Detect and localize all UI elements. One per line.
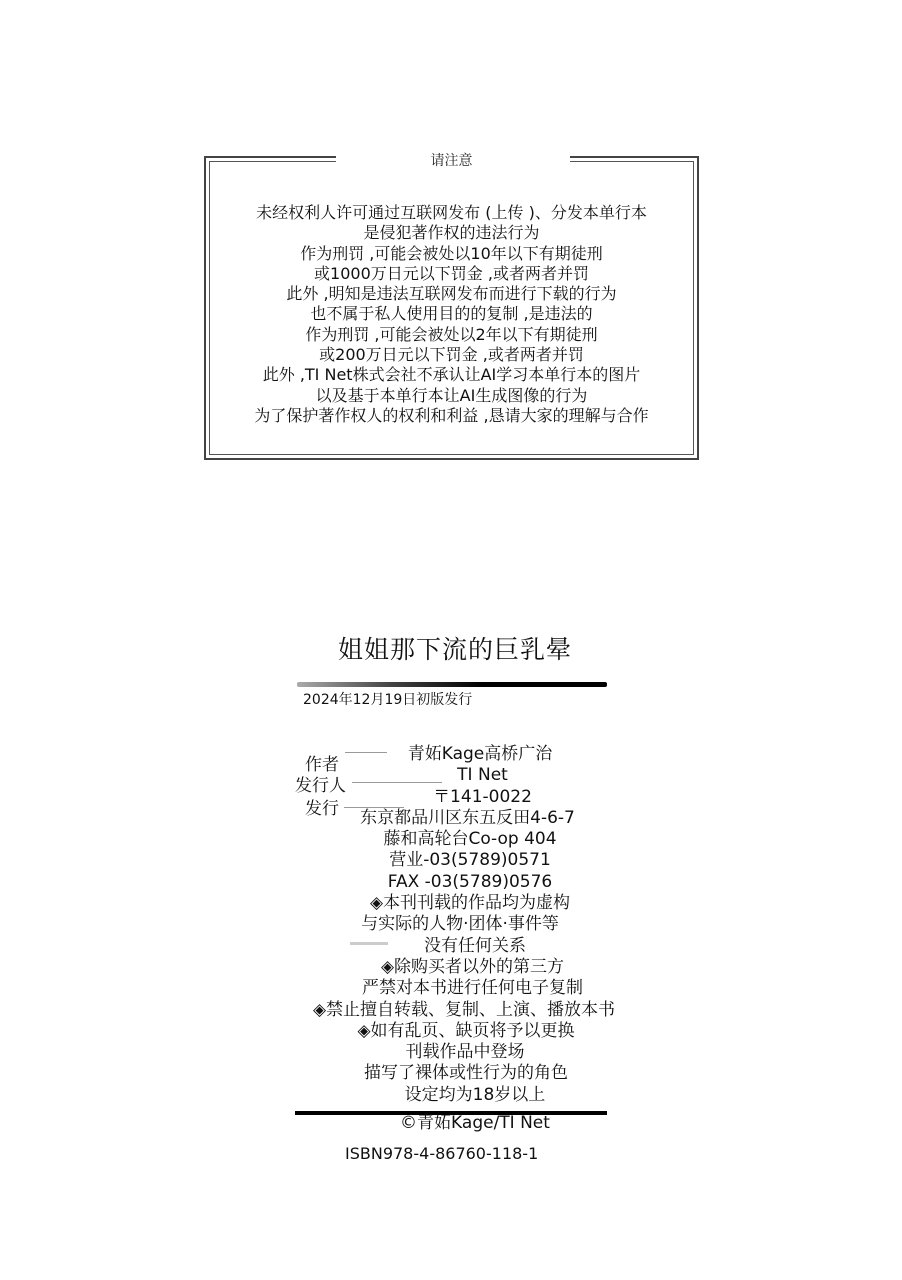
publication-date: 2024年12月19日初版发行: [303, 689, 472, 709]
notice-body: 未经权利人许可通过互联网发布 (上传 )、分发本单行本 是侵犯著作权的违法行为 …: [206, 203, 697, 426]
notice-line: 此外 ,TI Net株式会社不承认让AI学习本单行本的图片: [206, 365, 697, 385]
copy-prohibition-1: ◈除购买者以外的第三方: [290, 957, 630, 978]
issuer-name: TI Net: [290, 765, 630, 786]
address-line-1: 东京都品川区东五反田4-6-7: [290, 808, 630, 829]
copyright-notice-box: 请注意 未经权利人许可通过互联网发布 (上传 )、分发本单行本 是侵犯著作权的违…: [204, 156, 699, 460]
notice-line: 为了保护著作权人的权利和利益 ,恳请大家的理解与合作: [206, 406, 697, 426]
address-line-2: 藤和高轮台Co-op 404: [290, 829, 630, 850]
fax-number: FAX -03(5789)0576: [290, 872, 630, 893]
sales-phone: 营业-03(5789)0571: [290, 850, 630, 871]
copy-prohibition-2: 严禁对本书进行任何电子复制: [290, 978, 630, 999]
age-notice-3: 设定均为18岁以上: [290, 1085, 630, 1106]
author-name: 青妬Kage高桥广治: [290, 744, 630, 765]
smudge-mark: [350, 942, 388, 945]
replacement-notice: ◈如有乱页、缺页将予以更换: [290, 1021, 630, 1042]
notice-line: 或200万日元以下罚金 ,或者两者并罚: [206, 345, 697, 365]
notice-line: 作为刑罚 ,可能会被处以10年以下有期徒刑: [206, 244, 697, 264]
title-divider: [297, 682, 607, 687]
notice-line: 作为刑罚 ,可能会被处以2年以下有期徒刑: [206, 325, 697, 345]
notice-line: 未经权利人许可通过互联网发布 (上传 )、分发本单行本: [206, 203, 697, 223]
copyright-text: ©青妬Kage/TI Net: [370, 1108, 550, 1133]
age-notice-2: 描写了裸体或性行为的角色: [290, 1063, 630, 1084]
notice-title: 请注意: [206, 150, 697, 170]
isbn: ISBN978-4-86760-118-1: [345, 1144, 538, 1163]
notice-line: 此外 ,明知是违法互联网发布而进行下载的行为: [206, 284, 697, 304]
book-title: 姐姐那下流的巨乳晕: [290, 630, 620, 666]
notice-line: 或1000万日元以下罚金 ,或者两者并罚: [206, 264, 697, 284]
copyright-line: ©青妬Kage/TI Net: [290, 1108, 630, 1133]
postal-code: 〒141-0022: [290, 787, 630, 808]
colophon-body: 青妬Kage高桥广治 TI Net 〒141-0022 东京都品川区东五反田4-…: [290, 744, 630, 1106]
fiction-disclaimer-1: ◈本刊刊载的作品均为虚构: [290, 893, 630, 914]
fiction-disclaimer-2: 与实际的人物·团体·事件等: [290, 914, 630, 935]
notice-line: 也不属于私人使用目的的复制 ,是违法的: [206, 304, 697, 324]
notice-line: 是侵犯著作权的违法行为: [206, 223, 697, 243]
reproduction-prohibition: ◈禁止擅自转载、复制、上演、播放本书: [290, 1000, 630, 1021]
notice-line: 以及基于本单行本让AI生成图像的行为: [206, 386, 697, 406]
age-notice-1: 刊载作品中登场: [290, 1042, 630, 1063]
fiction-disclaimer-3: 没有任何关系: [290, 936, 630, 957]
